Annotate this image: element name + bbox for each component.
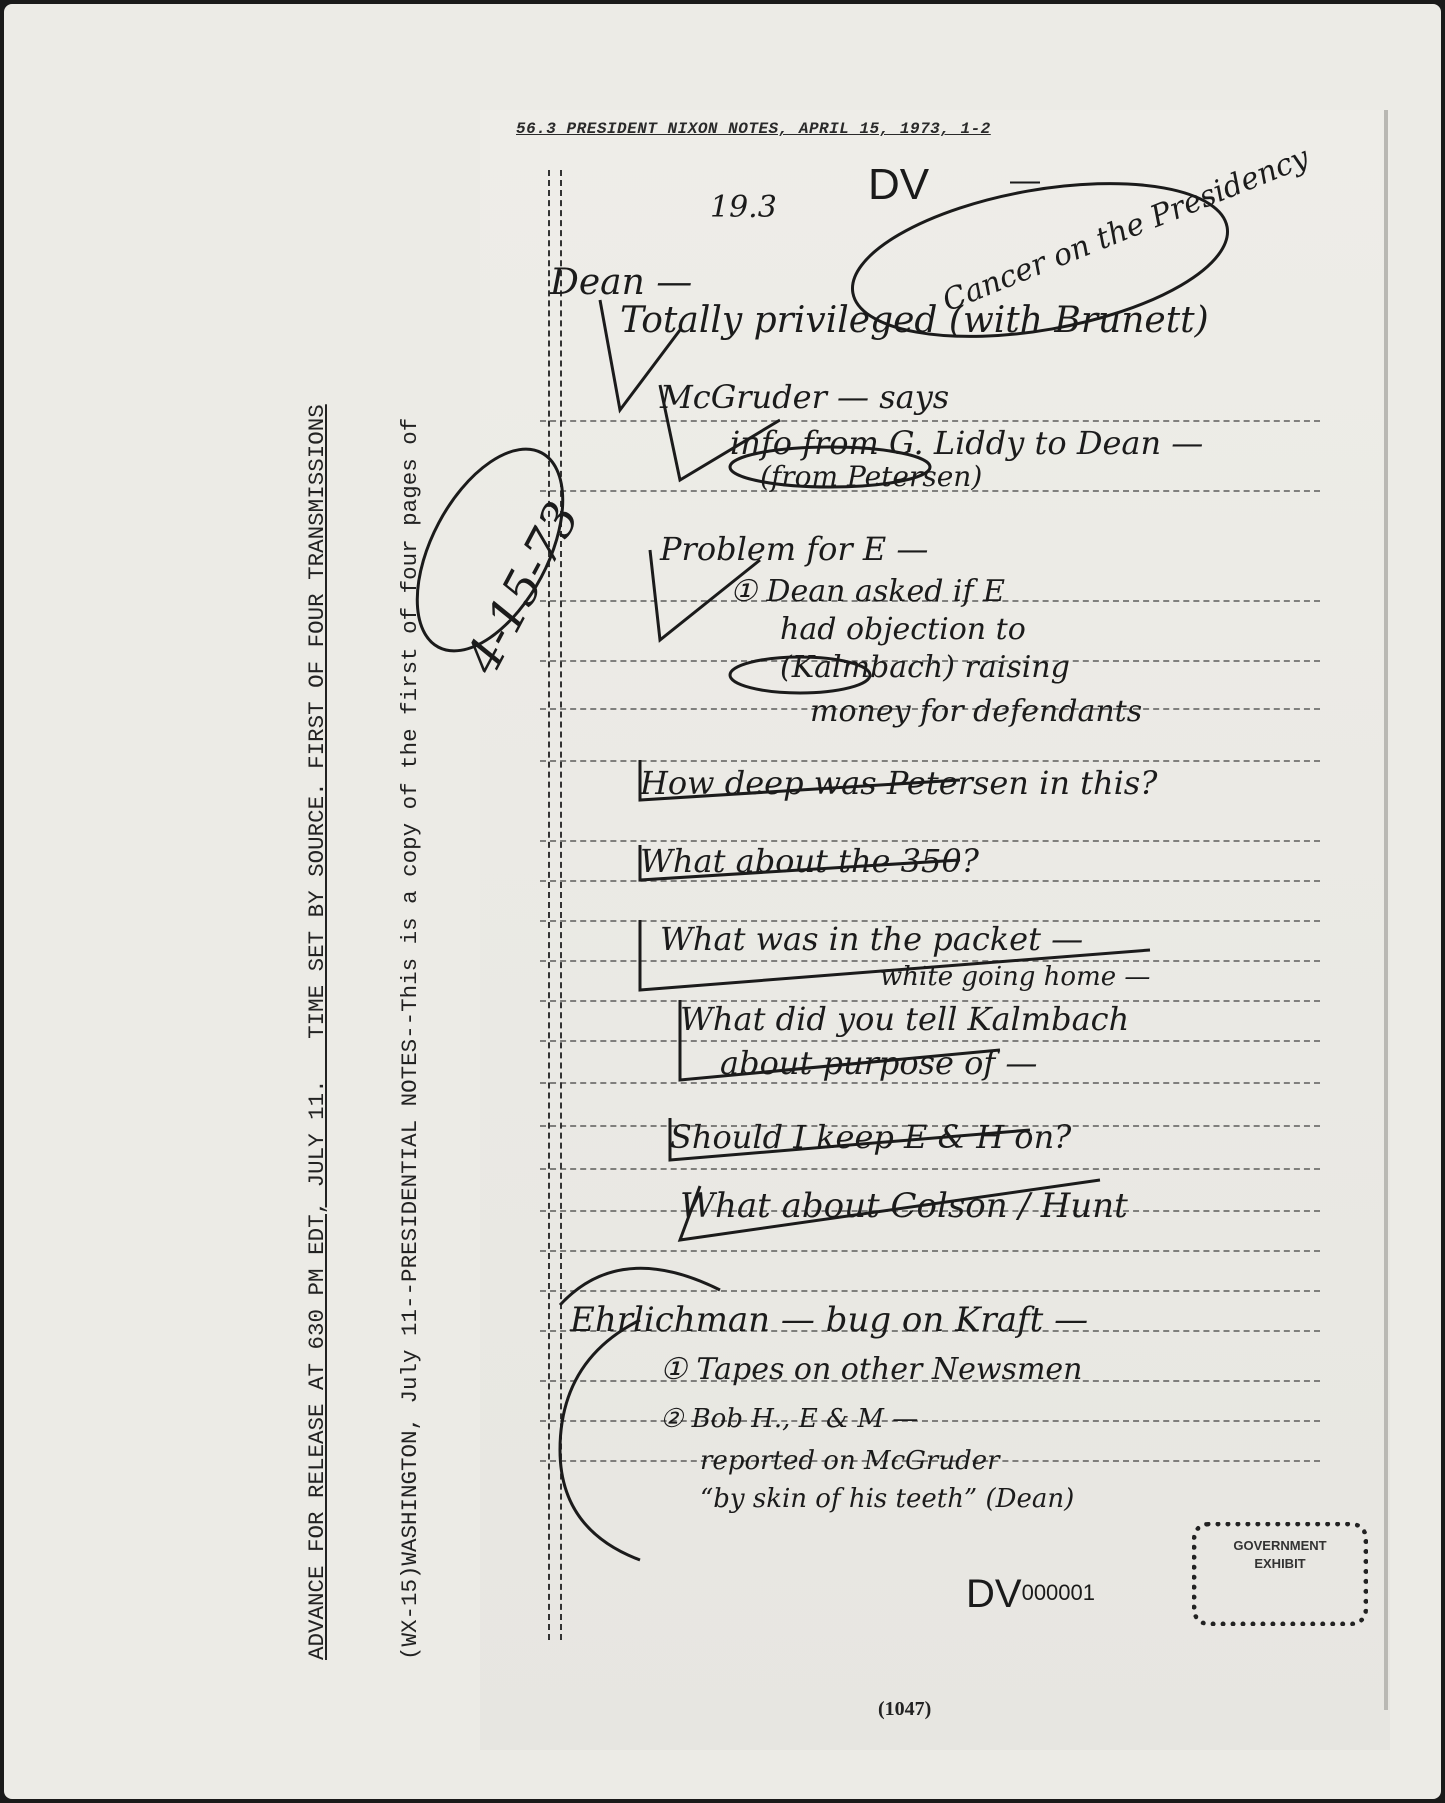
bracket-stroke xyxy=(670,1118,1030,1160)
bracket-stroke xyxy=(680,1000,1000,1080)
oval-annotation xyxy=(730,657,870,693)
dv-number: 000001 xyxy=(1022,1580,1095,1605)
bracket-stroke xyxy=(640,920,1150,990)
oval-annotation xyxy=(730,447,930,487)
page-number: (1047) xyxy=(878,1698,931,1721)
stamp-line: GOVERNMENT xyxy=(1197,1537,1363,1555)
dv-label: DV xyxy=(966,1572,1022,1616)
stamp-line: EXHIBIT xyxy=(1197,1555,1363,1573)
bracket-stroke xyxy=(560,1268,720,1305)
bracket-stroke xyxy=(640,845,960,880)
government-exhibit-stamp: GOVERNMENT EXHIBIT xyxy=(1192,1522,1368,1626)
check-mark xyxy=(660,385,780,480)
bracket-stroke xyxy=(560,1320,640,1560)
check-mark xyxy=(600,300,680,410)
oval-annotation xyxy=(841,158,1240,362)
dv-mark-bottom: DV000001 xyxy=(966,1572,1095,1617)
bracket-stroke xyxy=(680,1180,1100,1240)
check-mark xyxy=(650,550,760,640)
bracket-stroke xyxy=(640,760,960,800)
date-circle xyxy=(387,426,593,675)
